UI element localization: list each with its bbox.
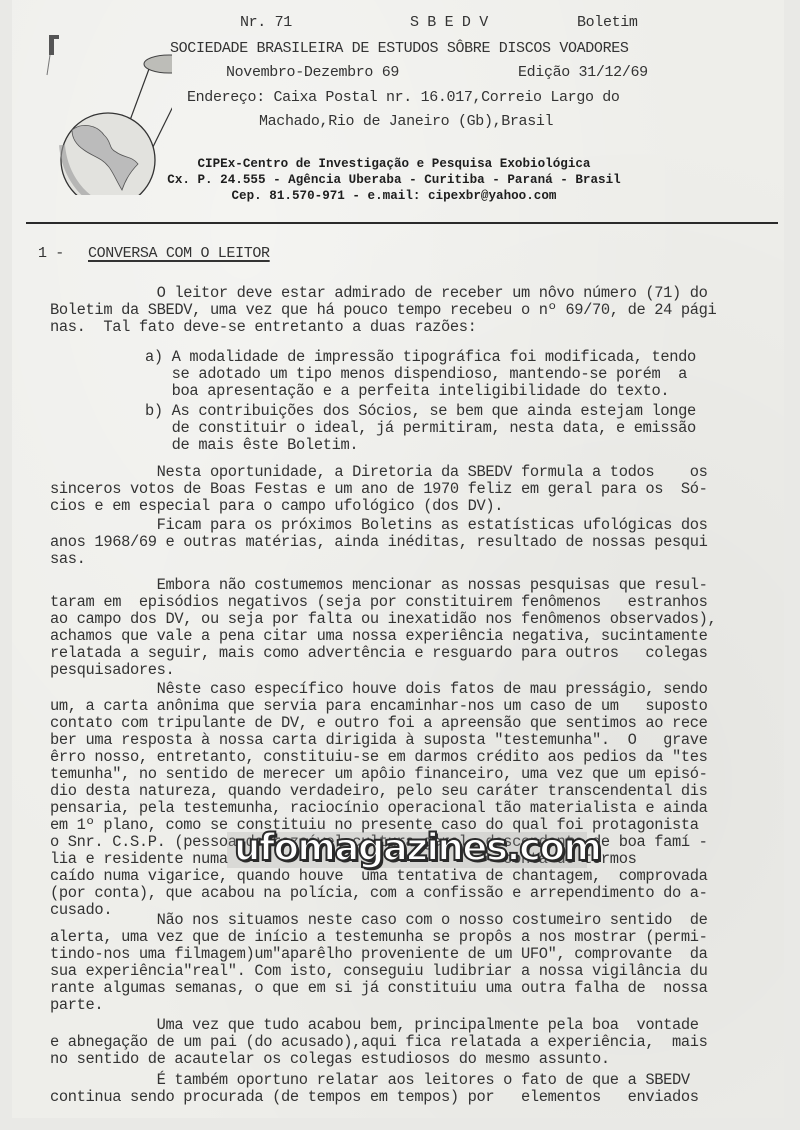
paragraph: Não nos situamos neste caso com o nosso …: [50, 912, 764, 1014]
paragraph: Ficam para os próximos Boletins as estat…: [50, 517, 764, 568]
section-number: 1 -: [38, 245, 64, 262]
paragraph: Nesta oportunidade, a Diretoria da SBEDV…: [50, 464, 764, 515]
section-title: CONVERSA COM O LEITOR: [88, 245, 270, 262]
paragraph: É também oportuno relatar aos leitores o…: [50, 1072, 764, 1106]
list-item: b) As contribuições dos Sócios, se bem q…: [145, 403, 765, 454]
cipex-line-2: Cx. P. 24.555 - Agência Uberaba - Curiti…: [12, 172, 780, 188]
org-acronym: S B E D V: [410, 14, 488, 31]
address-line-1: Endereço: Caixa Postal nr. 16.017,Correi…: [187, 89, 620, 106]
paragraph: Nêste caso específico houve dois fatos d…: [50, 681, 764, 919]
cipex-line-3: Cep. 81.570-971 - e.mail: cipexbr@yahoo.…: [12, 188, 780, 204]
address-line-2: Machado,Rio de Janeiro (Gb),Brasil: [259, 113, 553, 130]
list-item: a) A modalidade de impressão tipográfica…: [145, 349, 765, 400]
edition: Edição 31/12/69: [518, 64, 648, 81]
header-divider: [26, 222, 778, 224]
paragraph: Uma vez que tudo acabou bem, principalme…: [50, 1017, 764, 1068]
scanned-page: Nr. 71 S B E D V Boletim SOCIEDADE BRASI…: [12, 0, 784, 1118]
issue-number: Nr. 71: [240, 14, 292, 31]
doc-type: Boletim: [577, 14, 638, 31]
watermark: ufomagazines.com: [234, 826, 600, 869]
paragraph: O leitor deve estar admirado de receber …: [50, 285, 764, 336]
paragraph: Embora não costumemos mencionar as nossa…: [50, 577, 764, 679]
org-name: SOCIEDADE BRASILEIRA DE ESTUDOS SÔBRE DI…: [170, 40, 629, 57]
period: Novembro-Dezembro 69: [226, 64, 399, 81]
cipex-line-1: CIPEx-Centro de Investigação e Pesquisa …: [12, 156, 780, 172]
